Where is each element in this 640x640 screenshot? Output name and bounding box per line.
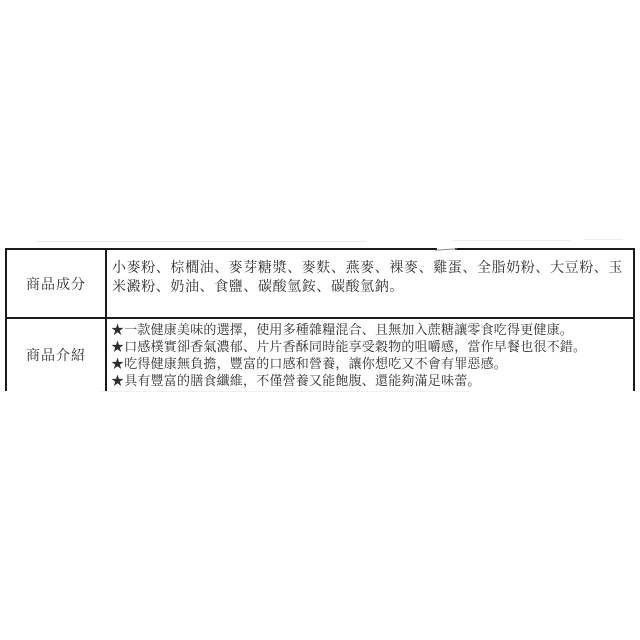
ingredients-label-cell: 商品成分 [7,250,107,317]
introduction-bullet: ★口感樸實卻香氣濃郁、片片香酥同時能享受穀物的咀嚼感，當作早餐也很不錯。 [111,338,629,355]
scan-artifact-line [452,240,570,241]
introduction-bullet: ★具有豐富的膳食纖維，不僅營養又能飽腹、還能夠滿足味蕾。 [111,372,629,389]
scan-artifact-line [584,239,622,240]
table-row-ingredients: 商品成分 小麥粉、棕櫚油、麥芽糖漿、麥麩、燕麥、裸麥、雞蛋、全脂奶粉、大豆粉、玉… [7,250,633,319]
scan-artifact-line [36,241,366,242]
introduction-bullet: ★吃得健康無負擔，豐富的口感和營養，讓你想吃又不會有罪惡感。 [111,355,629,372]
page: { "page": { "background": "#ffffff", "bo… [0,0,640,640]
scan-artifact-line [100,391,470,392]
table-row-introduction: 商品介紹 ★一款健康美味的選擇，使用多種雜糧混合、且無加入蔗糖讓零食吃得更健康。… [7,319,633,391]
ingredients-value-cell: 小麥粉、棕櫚油、麥芽糖漿、麥麩、燕麥、裸麥、雞蛋、全脂奶粉、大豆粉、玉米澱粉、奶… [107,250,633,317]
introduction-bullet: ★一款健康美味的選擇，使用多種雜糧混合、且無加入蔗糖讓零食吃得更健康。 [111,321,629,338]
introduction-value-cell: ★一款健康美味的選擇，使用多種雜糧混合、且無加入蔗糖讓零食吃得更健康。 ★口感樸… [107,319,633,391]
product-spec-table: 商品成分 小麥粉、棕櫚油、麥芽糖漿、麥麩、燕麥、裸麥、雞蛋、全脂奶粉、大豆粉、玉… [5,248,635,391]
introduction-label-cell: 商品介紹 [7,319,107,391]
